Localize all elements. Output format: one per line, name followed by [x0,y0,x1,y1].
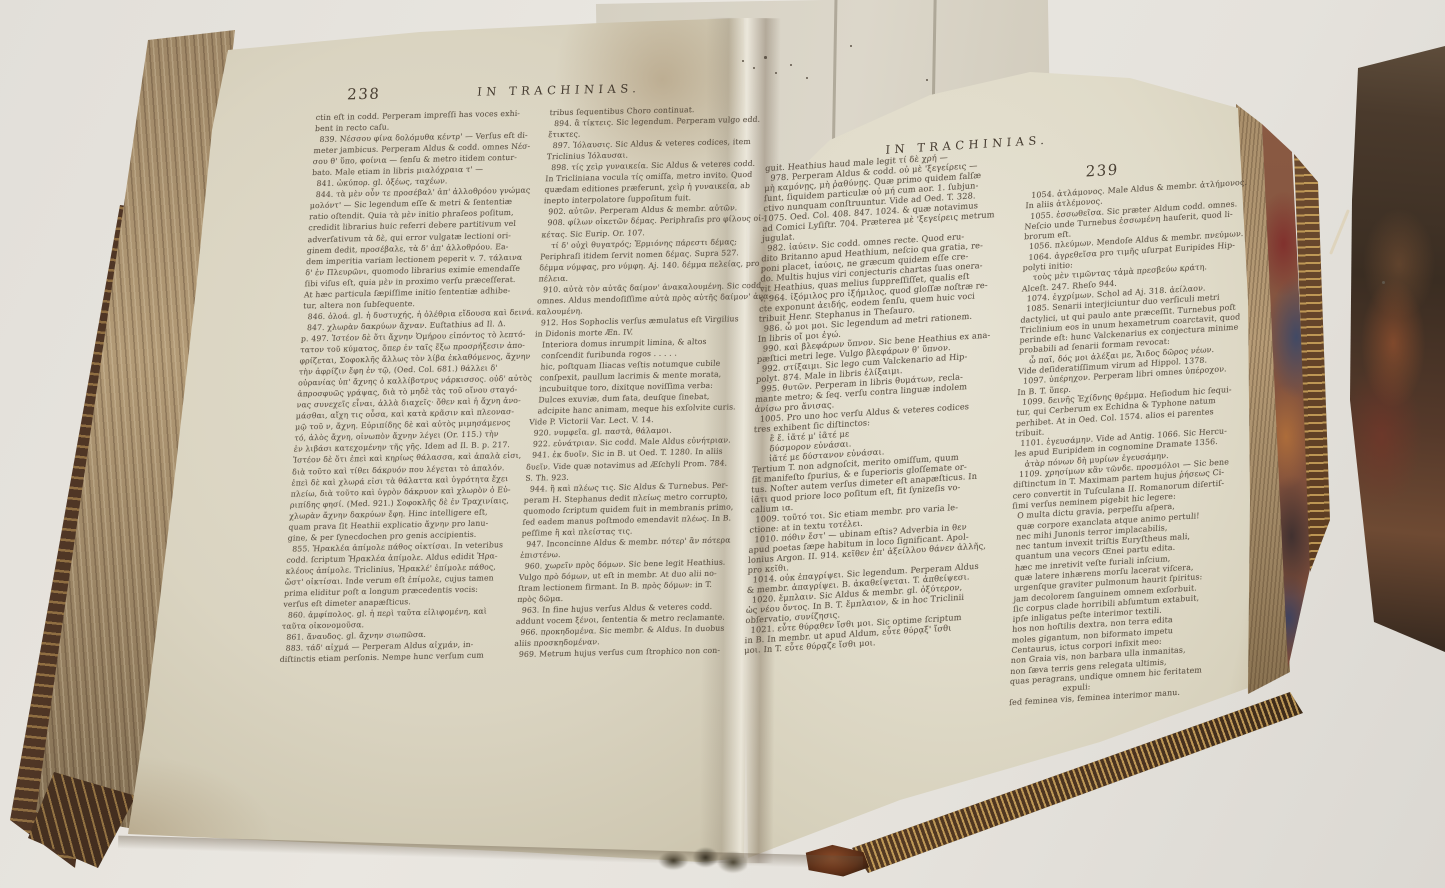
dust-speck [806,77,808,79]
dust-speck [764,56,767,59]
right-page-number: 239 [1085,160,1119,180]
left-page-column-2: tribus ſequentibus Choro continuat. 894.… [513,103,768,661]
right-page-column-2: 1054. ἀτλάμονος. Male Aldus & membr. ἀτλ… [1004,134,1243,709]
dust-speck [742,60,744,62]
left-page-column-1: ctin eſt in codd. Perperam impreſſi has … [279,107,534,665]
dust-speck [850,45,852,47]
dust-speck [790,64,792,66]
right-page-column-1: guit. Heathius haud male legit τί δὲ χρή… [741,148,1015,725]
dust-speck [753,67,755,69]
left-page-text: 238 IN TRACHINIAS. ctin eſt in codd. Per… [279,75,770,666]
dust-speck [926,79,928,81]
left-page-number: 238 [347,85,381,104]
right-page-text: IN TRACHINIAS. 239 guit. Heathius haud m… [741,123,1243,725]
dust-speck [775,72,777,74]
photo-of-open-antique-book: 238 IN TRACHINIAS. ctin eſt in codd. Per… [0,0,1445,888]
dust-speck [1382,281,1385,284]
